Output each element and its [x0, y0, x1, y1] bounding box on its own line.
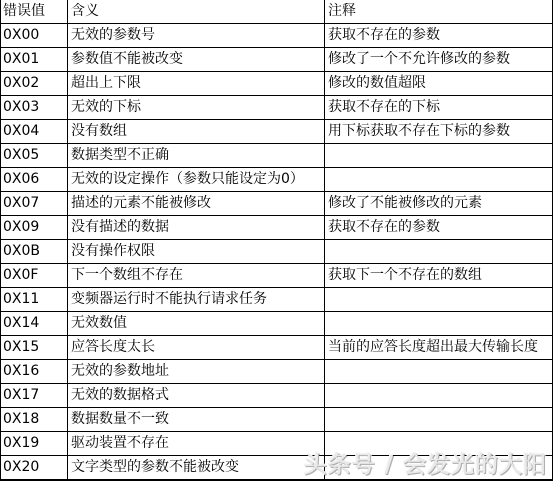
cell-meaning: 没有描述的数据 [68, 216, 325, 240]
cell-comment: 获取下一个不存在的数组 [325, 264, 553, 288]
table-row: 0X0B没有操作权限 [1, 240, 553, 264]
cell-meaning: 描述的元素不能被修改 [68, 192, 325, 216]
cell-meaning: 驱动装置不存在 [68, 432, 325, 456]
table-row: 0X06无效的设定操作（参数只能设定为0） [1, 168, 553, 192]
column-header-meaning: 含义 [68, 0, 325, 24]
column-header-comment: 注释 [325, 0, 553, 24]
cell-meaning: 没有操作权限 [68, 240, 325, 264]
table-row: 0X09没有描述的数据获取不存在的参数 [1, 216, 553, 240]
table-row: 0X18数据数量不一致 [1, 408, 553, 432]
cell-comment: 修改了不能被修改的元素 [325, 192, 553, 216]
cell-meaning: 无效的设定操作（参数只能设定为0） [68, 168, 325, 192]
table-row: 0X02超出上下限修改的数值超限 [1, 72, 553, 96]
cell-error-code: 0X00 [1, 24, 68, 48]
cell-error-code: 0X16 [1, 360, 68, 384]
cell-comment [325, 360, 553, 384]
cell-meaning: 无效的参数地址 [68, 360, 325, 384]
cell-error-code: 0X06 [1, 168, 68, 192]
table-row: 0X11变频器运行时不能执行请求任务 [1, 288, 553, 312]
cell-meaning: 数据类型不正确 [68, 144, 325, 168]
cell-error-code: 0X11 [1, 288, 68, 312]
cell-error-code: 0X19 [1, 432, 68, 456]
cell-comment [325, 384, 553, 408]
table-row: 0X07描述的元素不能被修改修改了不能被修改的元素 [1, 192, 553, 216]
cell-comment [325, 456, 553, 481]
table-row: 0X14无效数值 [1, 312, 553, 336]
cell-error-code: 0X0B [1, 240, 68, 264]
cell-error-code: 0X14 [1, 312, 68, 336]
cell-comment: 修改的数值超限 [325, 72, 553, 96]
cell-meaning: 无效数值 [68, 312, 325, 336]
cell-comment: 获取不存在的参数 [325, 24, 553, 48]
cell-error-code: 0X01 [1, 48, 68, 72]
table-row: 0X19驱动装置不存在 [1, 432, 553, 456]
cell-meaning: 没有数组 [68, 120, 325, 144]
table-row: 0X00无效的参数号获取不存在的参数 [1, 24, 553, 48]
table-row: 0X03无效的下标获取不存在的下标 [1, 96, 553, 120]
cell-error-code: 0X09 [1, 216, 68, 240]
table-row: 0X15应答长度太长当前的应答长度超出最大传输长度 [1, 336, 553, 360]
cell-comment [325, 168, 553, 192]
cell-meaning: 参数值不能被改变 [68, 48, 325, 72]
cell-comment [325, 288, 553, 312]
cell-comment [325, 408, 553, 432]
cell-comment [325, 144, 553, 168]
error-code-table: 错误值含义注释 0X00无效的参数号获取不存在的参数0X01参数值不能被改变修改… [0, 0, 553, 481]
cell-meaning: 文字类型的参数不能被改变 [68, 456, 325, 481]
cell-meaning: 变频器运行时不能执行请求任务 [68, 288, 325, 312]
cell-meaning: 无效的参数号 [68, 24, 325, 48]
cell-error-code: 0X05 [1, 144, 68, 168]
table-row: 0X05数据类型不正确 [1, 144, 553, 168]
cell-error-code: 0X03 [1, 96, 68, 120]
table-body: 0X00无效的参数号获取不存在的参数0X01参数值不能被改变修改了一个不允许修改… [1, 24, 553, 481]
cell-comment: 获取不存在的下标 [325, 96, 553, 120]
cell-meaning: 数据数量不一致 [68, 408, 325, 432]
cell-meaning: 应答长度太长 [68, 336, 325, 360]
cell-comment [325, 312, 553, 336]
cell-comment: 用下标获取不存在下标的参数 [325, 120, 553, 144]
cell-error-code: 0X02 [1, 72, 68, 96]
cell-meaning: 无效的下标 [68, 96, 325, 120]
table-row: 0X01参数值不能被改变修改了一个不允许修改的参数 [1, 48, 553, 72]
cell-comment: 修改了一个不允许修改的参数 [325, 48, 553, 72]
cell-error-code: 0X04 [1, 120, 68, 144]
cell-error-code: 0X15 [1, 336, 68, 360]
cell-meaning: 下一个数组不存在 [68, 264, 325, 288]
cell-meaning: 无效的数据格式 [68, 384, 325, 408]
cell-comment: 当前的应答长度超出最大传输长度 [325, 336, 553, 360]
table-row: 0X17无效的数据格式 [1, 384, 553, 408]
cell-comment [325, 240, 553, 264]
table-row: 0X0F下一个数组不存在获取下一个不存在的数组 [1, 264, 553, 288]
cell-error-code: 0X17 [1, 384, 68, 408]
cell-error-code: 0X0F [1, 264, 68, 288]
table-row: 0X16无效的参数地址 [1, 360, 553, 384]
column-header-error-code: 错误值 [1, 0, 68, 24]
header-row: 错误值含义注释 [1, 0, 553, 24]
cell-error-code: 0X20 [1, 456, 68, 481]
cell-comment [325, 432, 553, 456]
table-row: 0X20文字类型的参数不能被改变 [1, 456, 553, 481]
cell-error-code: 0X18 [1, 408, 68, 432]
table-row: 0X04没有数组用下标获取不存在下标的参数 [1, 120, 553, 144]
cell-meaning: 超出上下限 [68, 72, 325, 96]
cell-comment: 获取不存在的参数 [325, 216, 553, 240]
cell-error-code: 0X07 [1, 192, 68, 216]
